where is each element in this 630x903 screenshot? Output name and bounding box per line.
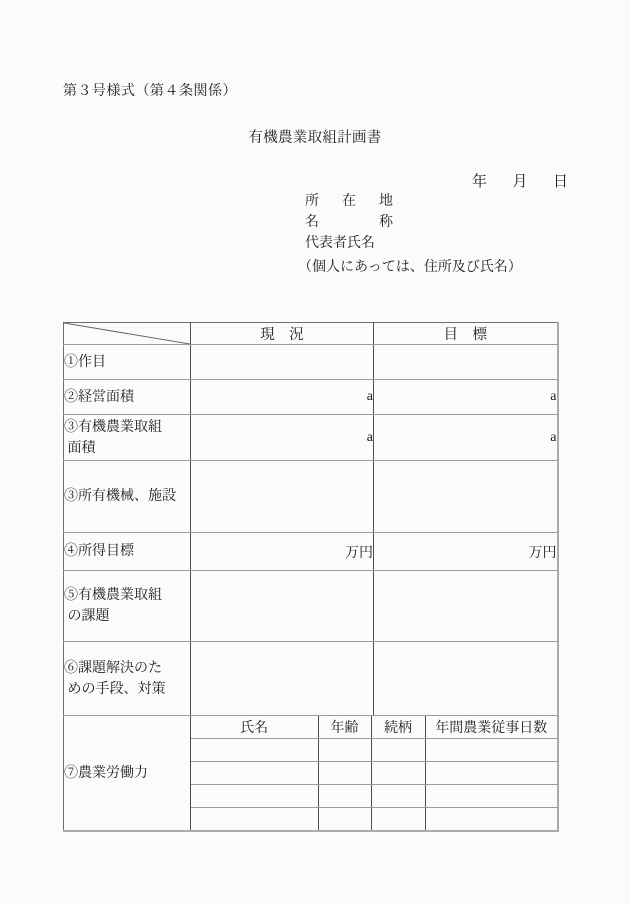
labor-entry-row	[191, 739, 557, 762]
machinery-target-cell	[374, 461, 558, 533]
labor-header-name: 氏名	[191, 716, 318, 739]
labor-age-cell	[318, 762, 371, 785]
labor-relation-cell	[371, 762, 425, 785]
submitter-block: 所 在 地 名 称 代表者氏名 （個人にあっては、住所及び氏名）	[305, 191, 522, 278]
labor-name-cell	[191, 785, 318, 808]
table-row-machinery: ③所有機械、施設	[64, 461, 558, 533]
labor-relation-cell	[371, 808, 425, 831]
management-area-current-cell: a	[191, 380, 374, 415]
table-row-labor: ⑦農業労働力 氏名 年齢 続柄	[64, 716, 558, 832]
table-row-crop: ①作目	[64, 345, 558, 380]
measures-current-cell	[191, 642, 374, 716]
labor-days-cell	[425, 762, 557, 785]
table-row-issues: ⑤有機農業取組 の課題	[64, 571, 558, 642]
labor-entry-row	[191, 785, 557, 808]
issues-current-cell	[191, 571, 374, 642]
labor-entry-row	[191, 762, 557, 785]
representative-label: 代表者氏名	[305, 233, 522, 254]
row-label: ①作目	[64, 345, 191, 380]
crop-target-cell	[374, 345, 558, 380]
labor-days-cell	[425, 739, 557, 762]
income-current-cell: 万円	[191, 533, 374, 571]
date-line: 年 月 日	[472, 170, 568, 191]
location-label: 所 在 地	[305, 191, 393, 212]
column-header-target: 目 標	[374, 323, 558, 345]
labor-age-cell	[318, 785, 371, 808]
machinery-current-cell	[191, 461, 374, 533]
crop-current-cell	[191, 345, 374, 380]
labor-name-cell	[191, 739, 318, 762]
labor-header-row: 氏名 年齢 続柄 年間農業従事日数	[191, 716, 557, 739]
labor-age-cell	[318, 808, 371, 831]
column-header-current: 現 況	[191, 323, 374, 345]
labor-days-cell	[425, 785, 557, 808]
row-label: ③所有機械、施設	[64, 461, 191, 533]
measures-target-cell	[374, 642, 558, 716]
individual-note: （個人にあっては、住所及び氏名）	[298, 257, 522, 278]
labor-header-age: 年齢	[318, 716, 371, 739]
labor-header-relation: 続柄	[371, 716, 425, 739]
row-label: ④所得目標	[64, 533, 191, 571]
date-month-label: 月	[512, 170, 527, 191]
name-label: 名 称	[305, 212, 393, 233]
plan-table: 現 況 目 標 ①作目 ②経営面積 a a ③有機農業取組 面積 a a ③所有…	[63, 322, 559, 832]
labor-relation-cell	[371, 739, 425, 762]
labor-subtable: 氏名 年齢 続柄 年間農業従事日数	[191, 716, 557, 830]
table-row-measures: ⑥課題解決のた めの手段、対策	[64, 642, 558, 716]
labor-header-days: 年間農業従事日数	[425, 716, 557, 739]
organic-area-target-cell: a	[374, 415, 558, 461]
labor-subtable-cell: 氏名 年齢 続柄 年間農業従事日数	[191, 716, 558, 832]
labor-entry-row	[191, 808, 557, 831]
diagonal-header-cell	[64, 323, 191, 345]
date-day-label: 日	[553, 170, 568, 191]
table-header-row: 現 況 目 標	[64, 323, 558, 345]
row-label: ③有機農業取組 面積	[64, 415, 191, 461]
date-year-label: 年	[472, 170, 487, 191]
management-area-target-cell: a	[374, 380, 558, 415]
document-page: 第３号様式（第４条関係） 有機農業取組計画書 年 月 日 所 在 地 名 称 代…	[0, 0, 630, 903]
table-row-organic-area: ③有機農業取組 面積 a a	[64, 415, 558, 461]
table-row-income-goal: ④所得目標 万円 万円	[64, 533, 558, 571]
row-label: ⑤有機農業取組 の課題	[64, 571, 191, 642]
diagonal-line	[64, 323, 190, 344]
row-label: ②経営面積	[64, 380, 191, 415]
form-number: 第３号様式（第４条関係）	[63, 80, 237, 100]
labor-name-cell	[191, 762, 318, 785]
issues-target-cell	[374, 571, 558, 642]
labor-age-cell	[318, 739, 371, 762]
organic-area-current-cell: a	[191, 415, 374, 461]
labor-relation-cell	[371, 785, 425, 808]
row-label: ⑦農業労働力	[64, 716, 191, 832]
income-target-cell: 万円	[374, 533, 558, 571]
labor-name-cell	[191, 808, 318, 831]
row-label: ⑥課題解決のた めの手段、対策	[64, 642, 191, 716]
table-row-management-area: ②経営面積 a a	[64, 380, 558, 415]
document-title: 有機農業取組計画書	[0, 126, 630, 147]
labor-days-cell	[425, 808, 557, 831]
